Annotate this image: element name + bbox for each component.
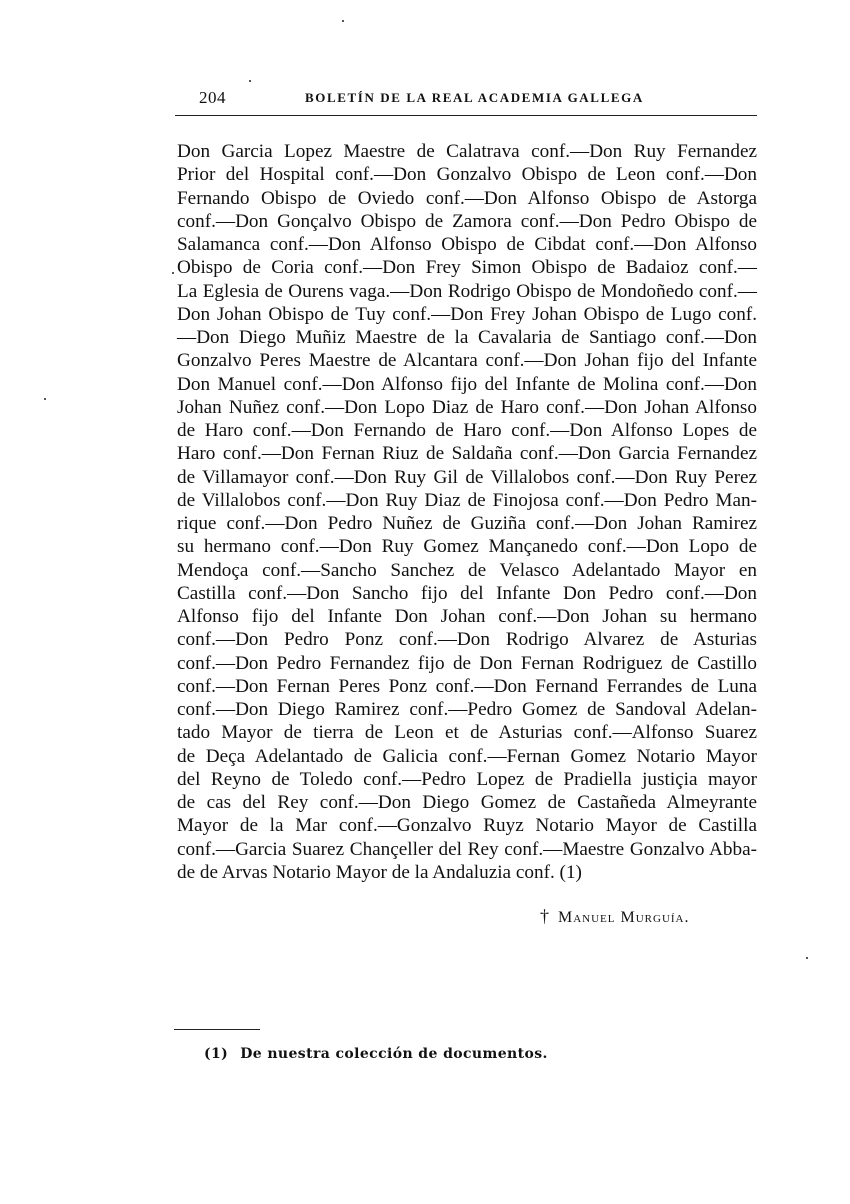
footnote: (1)De nuestra colección de documentos. xyxy=(204,1046,548,1062)
text-line: Obispo de Coria conf.—Don Frey Simon Obi… xyxy=(177,256,757,279)
text-line: Don Johan Obispo de Tuy conf.—Don Frey J… xyxy=(177,303,757,326)
text-line: Alfonso fijo del Infante Don Johan conf.… xyxy=(177,605,757,628)
scan-speck xyxy=(44,398,46,400)
text-line: Fernando Obispo de Oviedo conf.—Don Alfo… xyxy=(177,187,757,210)
text-line: Don Manuel conf.—Don Alfonso fijo del In… xyxy=(177,373,757,396)
text-line: Mayor de la Mar conf.—Gonzalvo Ruyz Nota… xyxy=(177,814,757,837)
page-number: 204 xyxy=(199,88,226,108)
text-line: Gonzalvo Peres Maestre de Alcantara conf… xyxy=(177,349,757,372)
text-line: Salamanca conf.—Don Alfonso Obispo de Ci… xyxy=(177,233,757,256)
text-line: su hermano conf.—Don Ruy Gomez Mançanedo… xyxy=(177,535,757,558)
text-line: del Reyno de Toledo conf.—Pedro Lopez de… xyxy=(177,768,757,791)
running-head: 204 BOLETÍN DE LA REAL ACADEMIA GALLEGA xyxy=(177,88,757,112)
document-page: 204 BOLETÍN DE LA REAL ACADEMIA GALLEGA … xyxy=(0,0,850,1204)
scan-speck xyxy=(342,20,344,22)
text-line: conf.—Don Fernan Peres Ponz conf.—Don Fe… xyxy=(177,675,757,698)
text-line: Mendoça conf.—Sancho Sanchez de Velasco … xyxy=(177,559,757,582)
text-line: conf.—Don Pedro Ponz conf.—Don Rodrigo A… xyxy=(177,628,757,651)
text-line: Prior del Hospital conf.—Don Gonzalvo Ob… xyxy=(177,163,757,186)
scan-speck xyxy=(249,80,251,82)
text-line: de Haro conf.—Don Fernando de Haro conf.… xyxy=(177,419,757,442)
author-name: Manuel Murguía. xyxy=(558,909,690,926)
text-line: Castilla conf.—Don Sancho fijo del Infan… xyxy=(177,582,757,605)
scan-speck xyxy=(172,272,174,274)
footnote-text: De nuestra colección de documentos. xyxy=(240,1046,548,1062)
text-line: de Deça Adelantado de Galicia conf.—Fern… xyxy=(177,745,757,768)
author-signature: †Manuel Murguía. xyxy=(540,906,690,927)
dagger-icon: † xyxy=(540,906,550,926)
text-line: conf.—Don Diego Ramirez conf.—Pedro Gome… xyxy=(177,698,757,721)
text-line: de Villamayor conf.—Don Ruy Gil de Villa… xyxy=(177,466,757,489)
text-line: rique conf.—Don Pedro Nuñez de Guziña co… xyxy=(177,512,757,535)
text-line: Haro conf.—Don Fernan Riuz de Saldaña co… xyxy=(177,442,757,465)
text-line: conf.—Don Gonçalvo Obispo de Zamora conf… xyxy=(177,210,757,233)
scan-speck xyxy=(806,957,808,959)
header-rule xyxy=(175,115,757,116)
text-line: —Don Diego Muñiz Maestre de la Cavalaria… xyxy=(177,326,757,349)
text-line: tado Mayor de tierra de Leon et de Astur… xyxy=(177,721,757,744)
text-line-last: de de Arvas Notario Mayor de la Andaluzi… xyxy=(177,861,757,884)
text-line: de Villalobos conf.—Don Ruy Diaz de Fino… xyxy=(177,489,757,512)
text-line: La Eglesia de Ourens vaga.—Don Rodrigo O… xyxy=(177,280,757,303)
text-line: conf.—Garcia Suarez Chançeller del Rey c… xyxy=(177,838,757,861)
footnote-mark: (1) xyxy=(204,1046,228,1062)
body-text: Don Garcia Lopez Maestre de Calatrava co… xyxy=(177,140,757,884)
text-line: de cas del Rey conf.—Don Diego Gomez de … xyxy=(177,791,757,814)
journal-title: BOLETÍN DE LA REAL ACADEMIA GALLEGA xyxy=(305,90,644,106)
text-line: Johan Nuñez conf.—Don Lopo Diaz de Haro … xyxy=(177,396,757,419)
text-line: Don Garcia Lopez Maestre de Calatrava co… xyxy=(177,140,757,163)
footnote-rule xyxy=(174,1029,260,1030)
text-line: conf.—Don Pedro Fernandez fijo de Don Fe… xyxy=(177,652,757,675)
